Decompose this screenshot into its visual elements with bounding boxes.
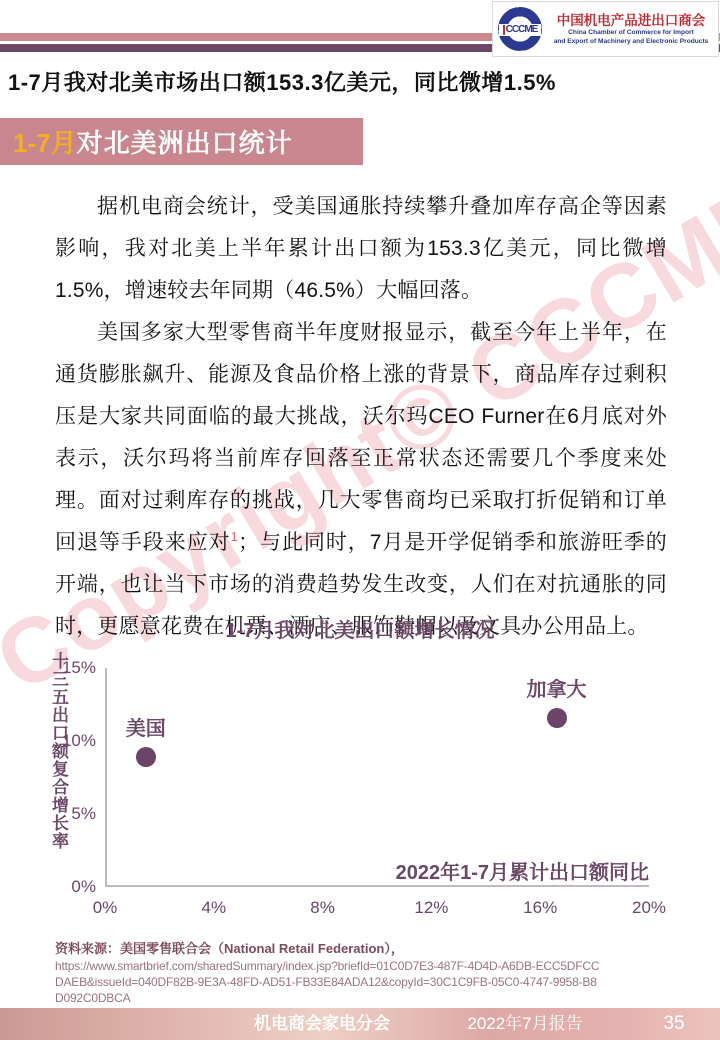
y-tick-label: 5% [38,804,96,824]
report-page: CCCME 中国机电产品进出口商会 China Chamber of Comme… [0,0,720,1040]
footnote-marker: 1 [231,529,238,544]
x-tick-label: 4% [184,898,244,918]
x-tick-label: 0% [75,898,135,918]
source-attribution: 资料来源：美国零售联合会（National Retail Federation）… [55,940,600,958]
footer-branch-name: 机电商会家电分会 [222,1008,422,1040]
scatter-chart: 1-7月我对北美出口额增长情况 十三五出口额复合增长率 2022年1-7月累计出… [0,608,720,940]
gear-logo-icon: CCCME [498,7,542,51]
source-note: 资料来源：美国零售联合会（National Retail Federation）… [55,940,600,1006]
paragraph-2: 美国多家大型零售商半年度财报显示，截至今年上半年，在通货膨胀飙升、能源及食品价格… [55,312,667,648]
x-tick-label: 8% [293,898,353,918]
footer-page-number: 35 [652,1008,696,1040]
chart-y-axis-label: 十三五出口额复合增长率 [46,652,71,866]
x-tick-label: 20% [619,898,679,918]
chart-title: 1-7月我对北美出口额增长情况 [0,614,720,643]
section-banner: 1-7月 对北美洲出口统计 [0,118,363,165]
cccme-logo: CCCME 中国机电产品进出口商会 China Chamber of Comme… [492,1,719,57]
paragraph-1: 据机电商会统计，受美国通胀持续攀升叠加库存高企等因素影响，我对北美上半年累计出口… [55,186,667,312]
data-point [547,708,567,728]
section-banner-text: 对北美洲出口统计 [77,123,293,160]
data-point [136,747,156,767]
section-banner-period: 1-7月 [13,123,77,160]
logo-chinese-name: 中国机电产品进出口商会 [557,12,706,29]
y-tick-label: 15% [38,658,96,678]
footer-bar: 机电商会家电分会 2022年7月报告 35 [0,1008,720,1040]
source-url-link[interactable]: https://www.smartbrief.com/sharedSummary… [55,958,600,1006]
footer-report-name: 2022年7月报告 [445,1008,605,1040]
x-tick-label: 16% [510,898,570,918]
logo-english-name-line1: China Chamber of Commerce for Import [568,29,694,38]
paragraph-2-text: 美国多家大型零售商半年度财报显示，截至今年上半年，在通货膨胀飙升、能源及食品价格… [55,321,667,554]
chart-x-axis-label: 2022年1-7月累计出口额同比 [396,856,649,885]
y-tick-label: 10% [38,731,96,751]
y-tick-label: 0% [38,877,96,897]
logo-acronym: CCCME [503,25,538,35]
body-text: 据机电商会统计，受美国通胀持续攀升叠加库存高企等因素影响，我对北美上半年累计出口… [55,186,667,648]
data-point-label: 加拿大 [512,678,602,702]
logo-english-name-line2: and Export of Machinery and Electronic P… [554,38,709,47]
page-title: 1-7月我对北美市场出口额153.3亿美元，同比微增1.5% [8,66,712,97]
data-point-label: 美国 [101,717,191,741]
x-tick-label: 12% [401,898,461,918]
